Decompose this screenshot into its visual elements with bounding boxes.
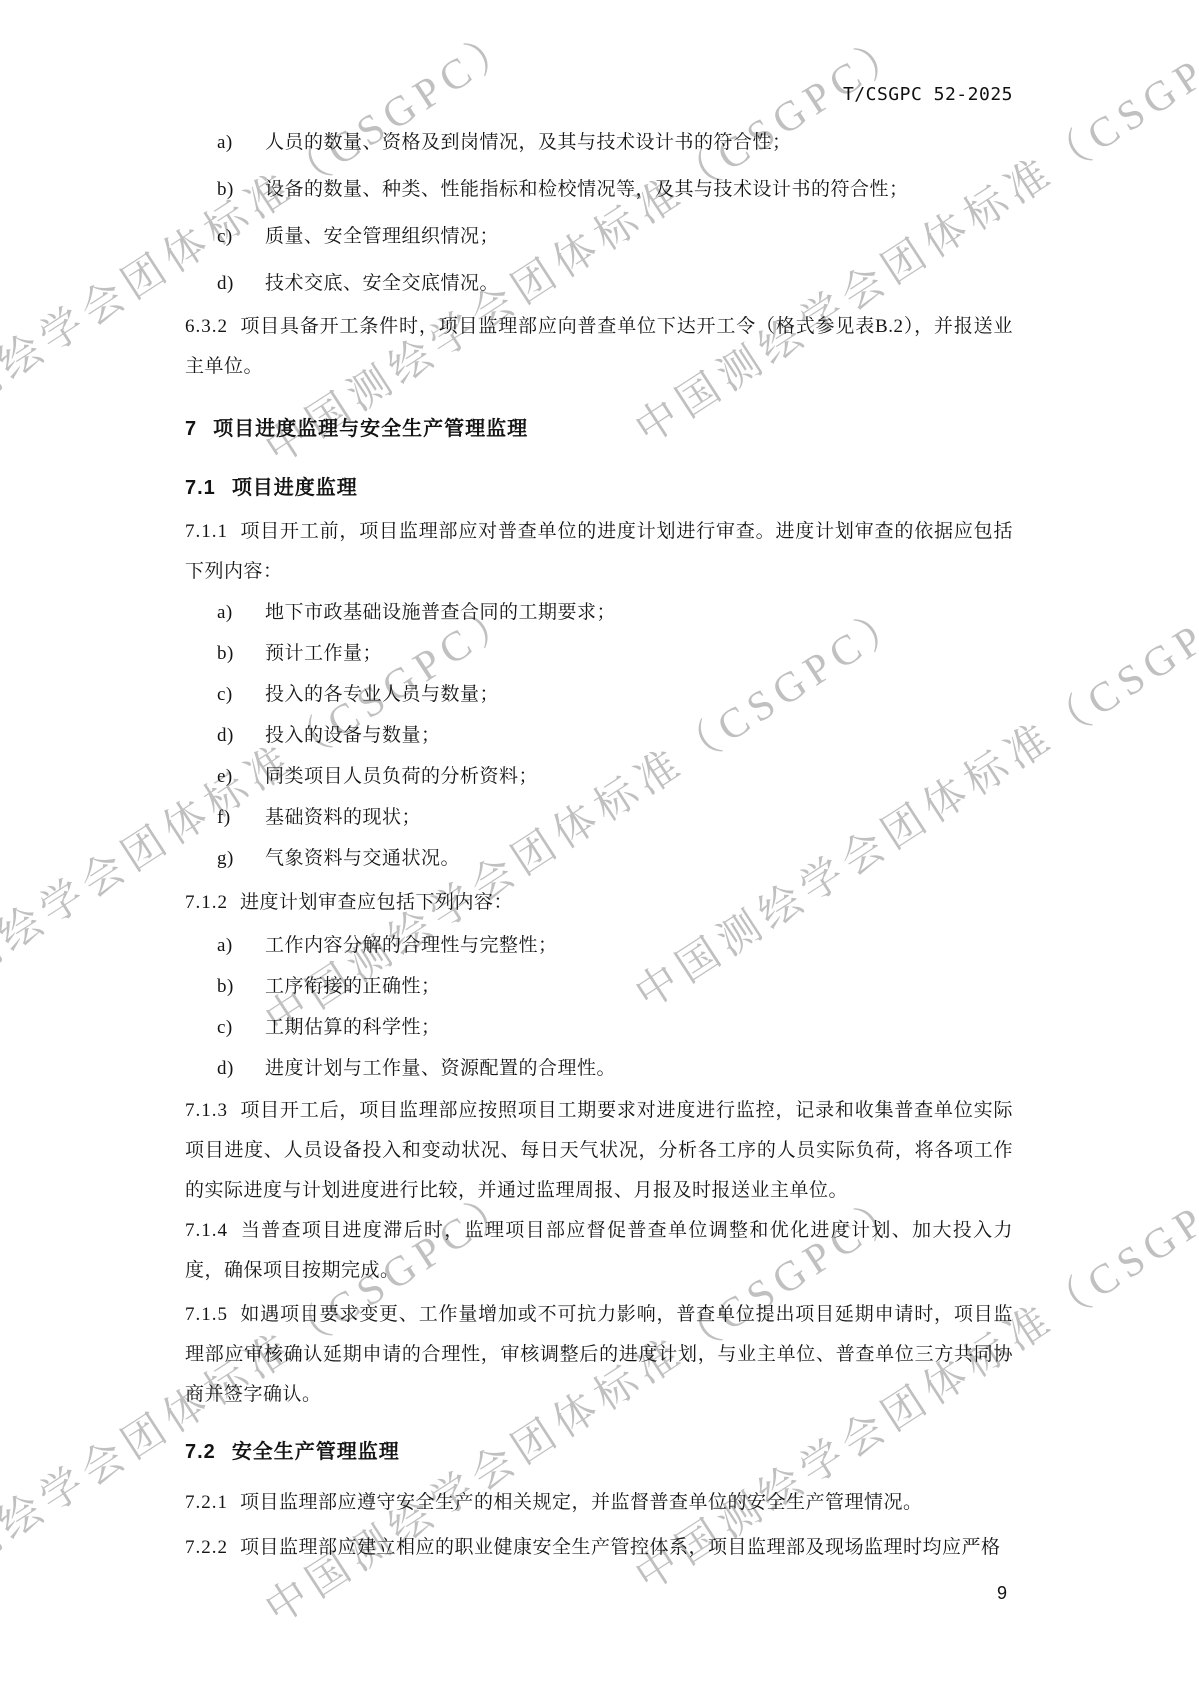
document-page: 中国测绘学会团体标准（CSGPC） 中国测绘学会团体标准（CSGPC） 中国测绘… <box>0 0 1199 1696</box>
clause-7-1-3: 7.1.3项目开工后，项目监理部应按照项目工期要求对进度进行监控，记录和收集普查… <box>185 1091 1013 1211</box>
list-item: a) 地下市政基础设施普查合同的工期要求； <box>185 592 1013 633</box>
list-marker: b) <box>217 166 265 213</box>
list-item-text: 同类项目人员负荷的分析资料； <box>265 756 1013 797</box>
section-title: 项目进度监理 <box>232 477 358 499</box>
clause-number: 7.1.5 <box>185 1304 228 1325</box>
document-code: T/CSGPC 52-2025 <box>843 84 1013 105</box>
clause-text: 项目开工前，项目监理部应对普查单位的进度计划进行审查。进度计划审查的依据应包括下… <box>185 521 1013 582</box>
list-item: f) 基础资料的现状； <box>185 797 1013 838</box>
list-item-text: 地下市政基础设施普查合同的工期要求； <box>265 592 1013 633</box>
list-item-text: 工作内容分解的合理性与完整性； <box>265 925 1013 966</box>
schedule-review-content-list: a) 工作内容分解的合理性与完整性； b) 工序衔接的正确性； c) 工期估算的… <box>185 925 1013 1089</box>
list-item: c) 质量、安全管理组织情况； <box>185 213 1013 260</box>
clause-text: 项目监理部应建立相应的职业健康安全生产管控体系，项目监理部及现场监理时均应严格 <box>240 1537 1001 1558</box>
list-marker: b) <box>217 633 265 674</box>
list-marker: a) <box>217 592 265 633</box>
clause-7-1-2: 7.1.2进度计划审查应包括下列内容： <box>185 883 1013 923</box>
list-marker: c) <box>217 1007 265 1048</box>
section-title: 项目进度监理与安全生产管理监理 <box>213 418 528 440</box>
list-item: c) 投入的各专业人员与数量； <box>185 674 1013 715</box>
list-marker: a) <box>217 119 265 166</box>
list-item-text: 投入的设备与数量； <box>265 715 1013 756</box>
list-item: d) 技术交底、安全交底情况。 <box>185 260 1013 307</box>
section-7-2-heading: 7.2安全生产管理监理 <box>185 1432 1013 1472</box>
list-marker: d) <box>217 715 265 756</box>
clause-text: 当普查项目进度滞后时，监理项目部应督促普查单位调整和优化进度计划、加大投入力度，… <box>185 1220 1013 1281</box>
page-number: 9 <box>997 1583 1007 1604</box>
list-item-text: 气象资料与交通状况。 <box>265 838 1013 879</box>
list-marker: d) <box>217 1048 265 1089</box>
clause-number: 6.3.2 <box>185 316 228 337</box>
page-content: T/CSGPC 52-2025 a) 人员的数量、资格及到岗情况，及其与技术设计… <box>185 0 1013 1568</box>
clause-7-1-4: 7.1.4当普查项目进度滞后时，监理项目部应督促普查单位调整和优化进度计划、加大… <box>185 1211 1013 1291</box>
list-item: b) 工序衔接的正确性； <box>185 966 1013 1007</box>
list-item: a) 人员的数量、资格及到岗情况，及其与技术设计书的符合性； <box>185 119 1013 166</box>
body-text-flow: a) 人员的数量、资格及到岗情况，及其与技术设计书的符合性； b) 设备的数量、… <box>185 0 1013 1568</box>
clause-7-2-1: 7.2.1项目监理部应遵守安全生产的相关规定，并监督普查单位的安全生产管理情况。 <box>185 1483 1013 1523</box>
list-item-text: 基础资料的现状； <box>265 797 1013 838</box>
list-item-text: 工期估算的科学性； <box>265 1007 1013 1048</box>
list-item-text: 工序衔接的正确性； <box>265 966 1013 1007</box>
list-item: b) 预计工作量； <box>185 633 1013 674</box>
list-item-text: 质量、安全管理组织情况； <box>265 213 1013 260</box>
list-item-text: 技术交底、安全交底情况。 <box>265 260 1013 307</box>
list-item: d) 进度计划与工作量、资源配置的合理性。 <box>185 1048 1013 1089</box>
list-item: g) 气象资料与交通状况。 <box>185 838 1013 879</box>
clause-6-3-2: 6.3.2项目具备开工条件时，项目监理部应向普查单位下达开工令（格式参见表B.2… <box>185 307 1013 387</box>
list-marker: f) <box>217 797 265 838</box>
clause-text: 项目监理部应遵守安全生产的相关规定，并监督普查单位的安全生产管理情况。 <box>240 1492 923 1513</box>
clause-number: 7.2.1 <box>185 1492 228 1513</box>
section-number: 7 <box>185 418 197 440</box>
clause-text: 如遇项目要求变更、工作量增加或不可抗力影响，普查单位提出项目延期申请时，项目监理… <box>185 1304 1013 1405</box>
list-item-text: 预计工作量； <box>265 633 1013 674</box>
list-item: c) 工期估算的科学性； <box>185 1007 1013 1048</box>
clause-7-2-2: 7.2.2项目监理部应建立相应的职业健康安全生产管控体系，项目监理部及现场监理时… <box>185 1528 1013 1568</box>
list-item-text: 人员的数量、资格及到岗情况，及其与技术设计书的符合性； <box>265 119 1013 166</box>
list-marker: g) <box>217 838 265 879</box>
schedule-review-basis-list: a) 地下市政基础设施普查合同的工期要求； b) 预计工作量； c) 投入的各专… <box>185 592 1013 879</box>
section-number: 7.1 <box>185 477 216 499</box>
list-item: e) 同类项目人员负荷的分析资料； <box>185 756 1013 797</box>
clause-number: 7.1.2 <box>185 892 228 913</box>
list-marker: d) <box>217 260 265 307</box>
list-marker: b) <box>217 966 265 1007</box>
list-marker: c) <box>217 213 265 260</box>
section-7-heading: 7项目进度监理与安全生产管理监理 <box>185 409 1013 449</box>
list-item: b) 设备的数量、种类、性能指标和检校情况等，及其与技术设计书的符合性； <box>185 166 1013 213</box>
list-marker: c) <box>217 674 265 715</box>
clause-number: 7.1.1 <box>185 521 228 542</box>
clause-7-1-1: 7.1.1项目开工前，项目监理部应对普查单位的进度计划进行审查。进度计划审查的依… <box>185 512 1013 592</box>
section-7-1-heading: 7.1项目进度监理 <box>185 468 1013 508</box>
clause-text: 项目具备开工条件时，项目监理部应向普查单位下达开工令（格式参见表B.2），并报送… <box>185 316 1013 377</box>
list-item: a) 工作内容分解的合理性与完整性； <box>185 925 1013 966</box>
inspection-items-list: a) 人员的数量、资格及到岗情况，及其与技术设计书的符合性； b) 设备的数量、… <box>185 119 1013 307</box>
clause-7-1-5: 7.1.5如遇项目要求变更、工作量增加或不可抗力影响，普查单位提出项目延期申请时… <box>185 1295 1013 1415</box>
clause-number: 7.2.2 <box>185 1537 228 1558</box>
list-item: d) 投入的设备与数量； <box>185 715 1013 756</box>
clause-number: 7.1.4 <box>185 1220 228 1241</box>
section-number: 7.2 <box>185 1441 216 1463</box>
clause-text: 项目开工后，项目监理部应按照项目工期要求对进度进行监控，记录和收集普查单位实际项… <box>185 1100 1013 1201</box>
section-title: 安全生产管理监理 <box>232 1441 400 1463</box>
list-item-text: 设备的数量、种类、性能指标和检校情况等，及其与技术设计书的符合性； <box>265 166 1013 213</box>
list-item-text: 进度计划与工作量、资源配置的合理性。 <box>265 1048 1013 1089</box>
clause-number: 7.1.3 <box>185 1100 228 1121</box>
list-item-text: 投入的各专业人员与数量； <box>265 674 1013 715</box>
list-marker: e) <box>217 756 265 797</box>
list-marker: a) <box>217 925 265 966</box>
clause-text: 进度计划审查应包括下列内容： <box>240 892 513 913</box>
